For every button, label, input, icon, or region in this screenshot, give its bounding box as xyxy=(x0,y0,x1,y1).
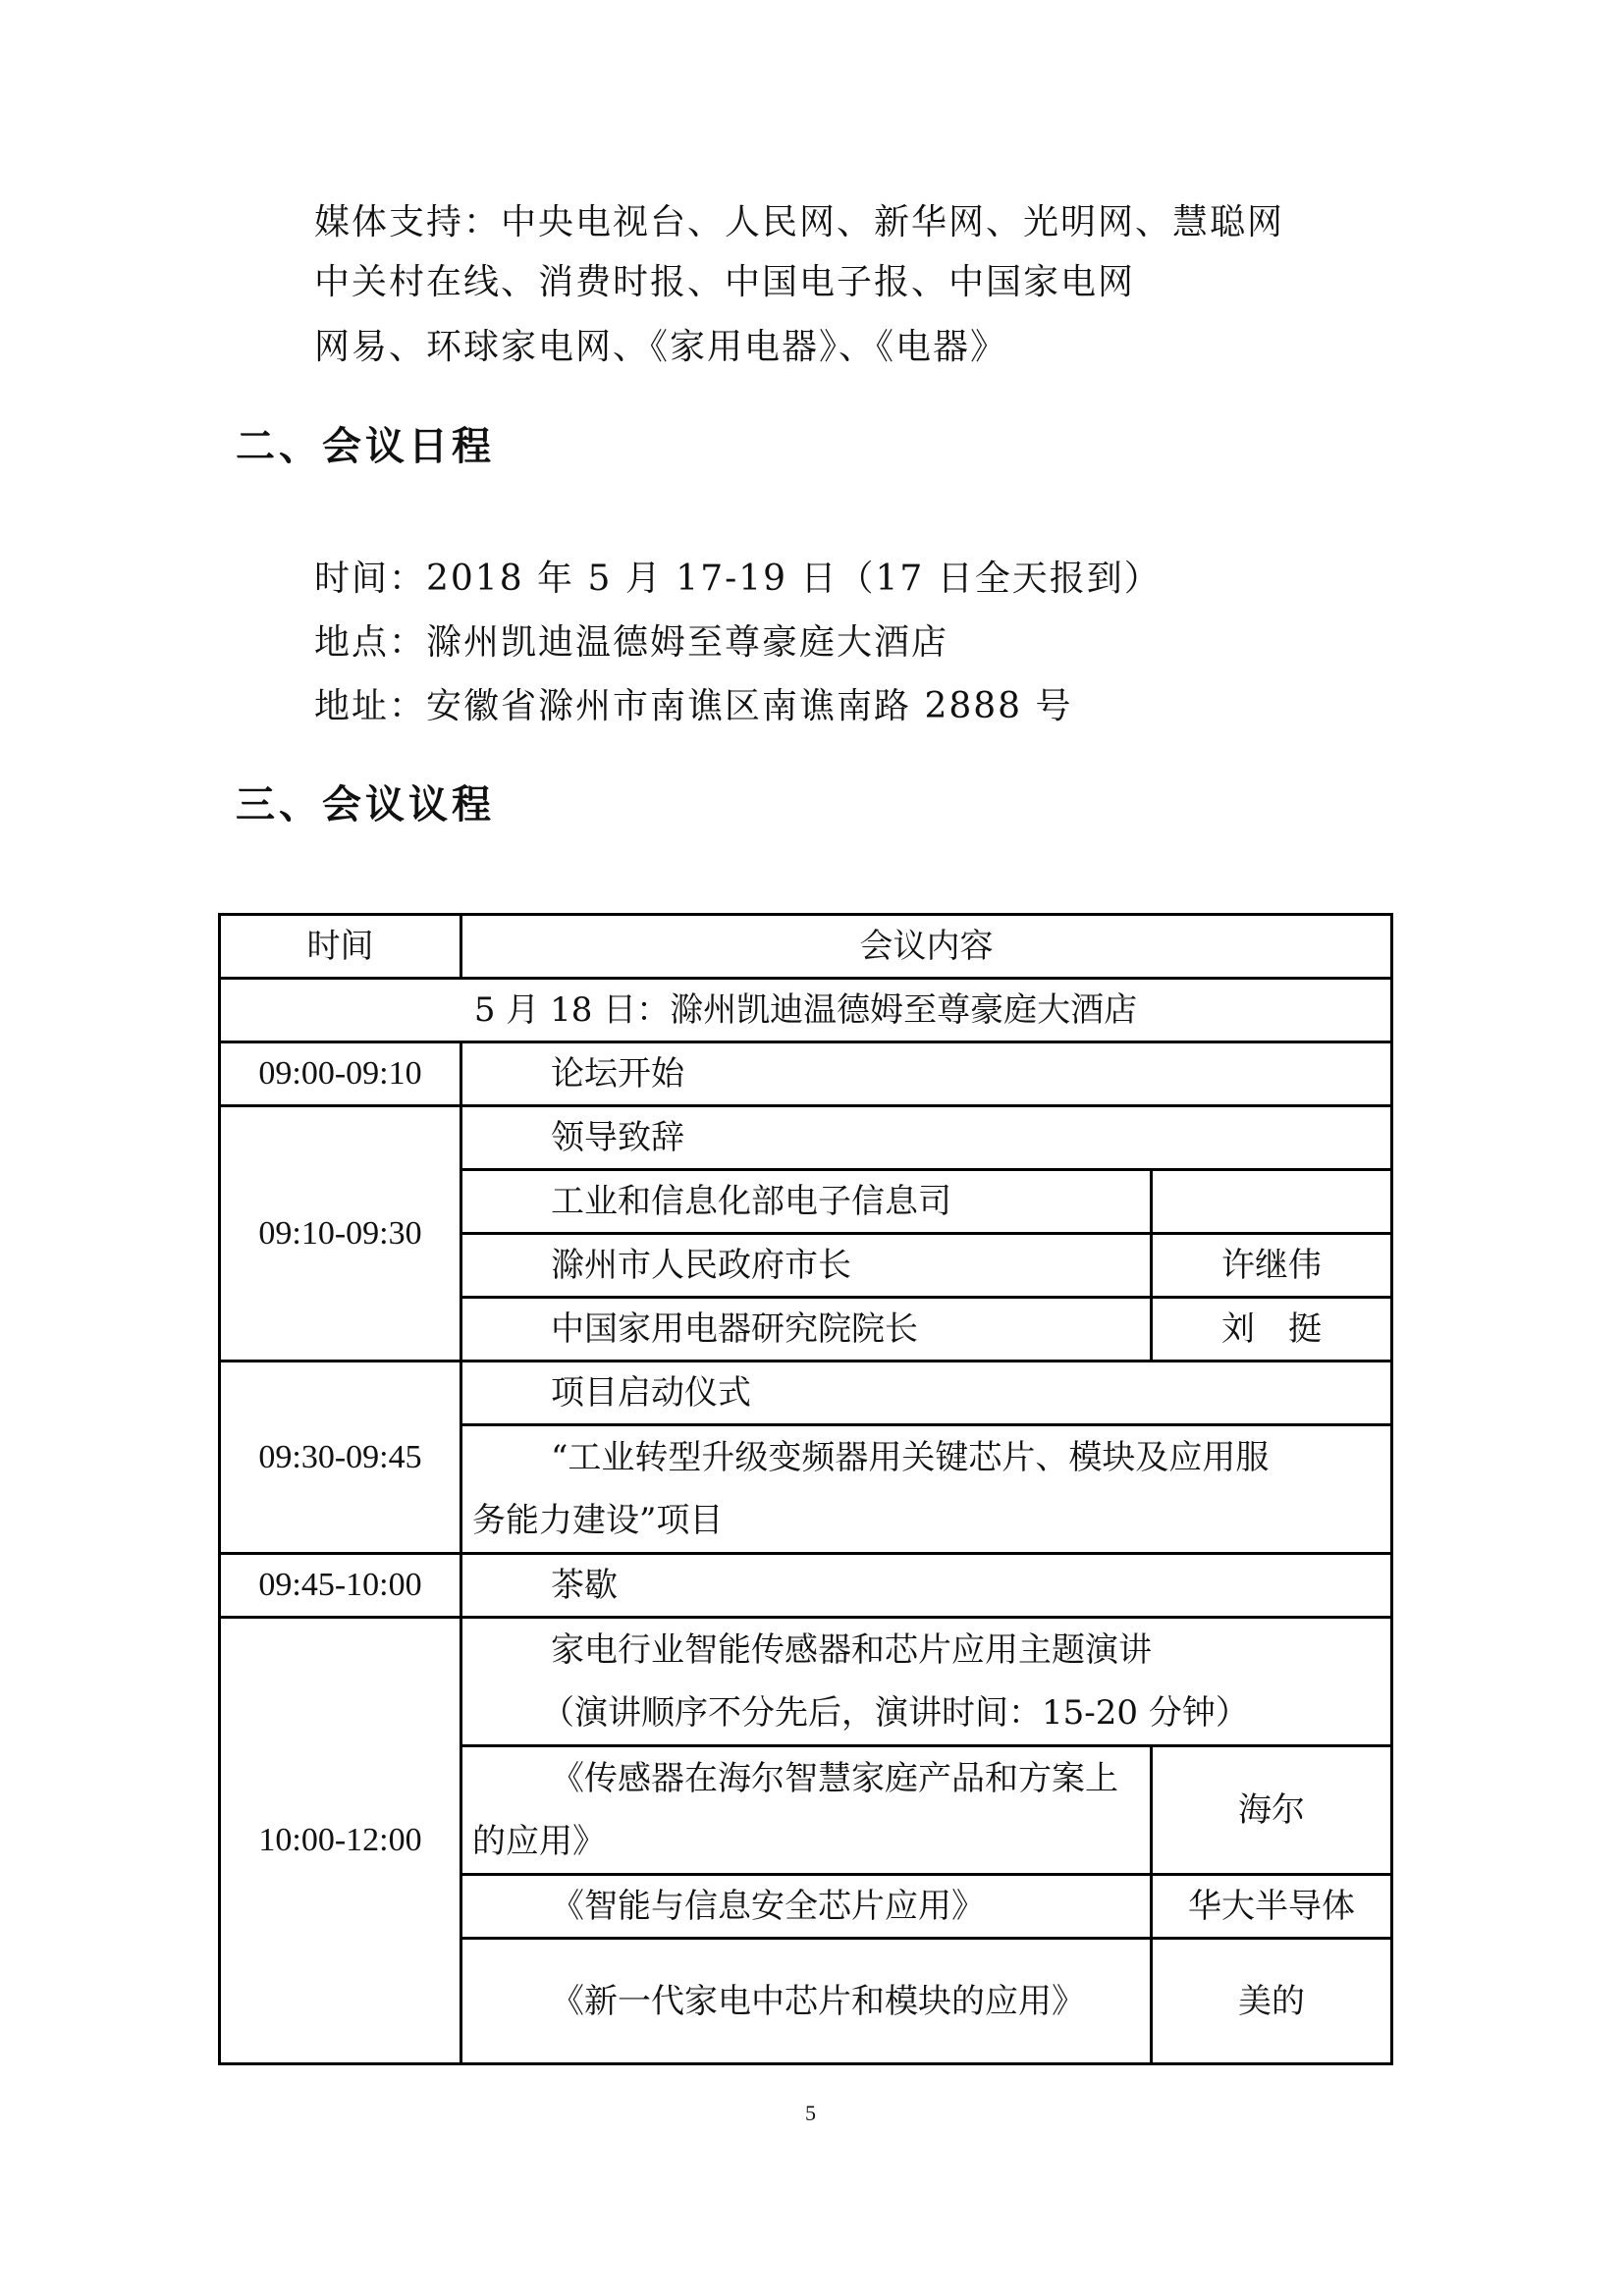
subrow-content: “工业转型升级变频器用关键芯片、模块及应用服务能力建设”项目 xyxy=(461,1425,1392,1554)
section-heading-agenda: 三、会议议程 xyxy=(236,780,495,829)
section-heading-schedule: 二、会议日程 xyxy=(236,422,495,471)
keynote-title: 家电行业智能传感器和芯片应用主题演讲 xyxy=(551,1619,1390,1682)
subrow-speaker: 美的 xyxy=(1152,1939,1392,2064)
day-row: 5 月 18 日：滁州凯迪温德姆至尊豪庭大酒店 xyxy=(220,979,1392,1042)
schedule-address: 地址：安徽省滁州市南谯区南谯南路 2888 号 xyxy=(314,685,1073,728)
subrow-content: 滁州市人民政府市长 xyxy=(461,1234,1152,1298)
table-row: 09:10-09:30 领导致辞 xyxy=(220,1106,1392,1170)
subrow-speaker: 刘 挺 xyxy=(1152,1298,1392,1362)
agenda-table: 时间 会议内容 5 月 18 日：滁州凯迪温德姆至尊豪庭大酒店 09:00-09… xyxy=(218,913,1393,2065)
subrow-content: 工业和信息化部电子信息司 xyxy=(461,1170,1152,1234)
row-time: 09:00-09:10 xyxy=(220,1042,461,1106)
row-time: 09:45-10:00 xyxy=(220,1554,461,1618)
row-content: 项目启动仪式 xyxy=(461,1362,1392,1425)
row-content: 论坛开始 xyxy=(461,1042,1392,1106)
subrow-speaker: 华大半导体 xyxy=(1152,1875,1392,1939)
keynote-note: （演讲顺序不分先后，演讲时间：15-20 分钟） xyxy=(541,1682,1390,1744)
subrow-content: 《传感器在海尔智慧家庭产品和方案上的应用》 xyxy=(461,1746,1152,1875)
subrow-content: 《新一代家电中芯片和模块的应用》 xyxy=(461,1939,1152,2064)
table-row: 09:00-09:10 论坛开始 xyxy=(220,1042,1392,1106)
media-line-1: 媒体支持：中央电视台、人民网、新华网、光明网、慧聪网 xyxy=(314,201,1284,244)
schedule-place: 地点：滁州凯迪温德姆至尊豪庭大酒店 xyxy=(314,621,948,665)
row-content: 茶歇 xyxy=(461,1554,1392,1618)
table-row: 10:00-12:00 家电行业智能传感器和芯片应用主题演讲 （演讲顺序不分先后… xyxy=(220,1618,1392,1746)
table-row: 09:30-09:45 项目启动仪式 xyxy=(220,1362,1392,1425)
subrow-speaker: 海尔 xyxy=(1152,1746,1392,1875)
table-row: 09:45-10:00 茶歇 xyxy=(220,1554,1392,1618)
header-time: 时间 xyxy=(220,915,461,979)
table-header-row: 时间 会议内容 xyxy=(220,915,1392,979)
row-content: 领导致辞 xyxy=(461,1106,1392,1170)
subrow-content: 《智能与信息安全芯片应用》 xyxy=(461,1875,1152,1939)
header-content: 会议内容 xyxy=(461,915,1392,979)
subrow-content: 中国家用电器研究院院长 xyxy=(461,1298,1152,1362)
row-time: 09:10-09:30 xyxy=(220,1106,461,1362)
subrow-speaker xyxy=(1152,1170,1392,1234)
media-line-3: 网易、环球家电网、《家用电器》、《电器》 xyxy=(314,326,1007,369)
row-time: 09:30-09:45 xyxy=(220,1362,461,1554)
subrow-speaker: 许继伟 xyxy=(1152,1234,1392,1298)
page-number: 5 xyxy=(805,2101,816,2126)
media-line-2: 中关村在线、消费时报、中国电子报、中国家电网 xyxy=(314,261,1135,304)
row-content: 家电行业智能传感器和芯片应用主题演讲 （演讲顺序不分先后，演讲时间：15-20 … xyxy=(461,1618,1392,1746)
day-title: 5 月 18 日：滁州凯迪温德姆至尊豪庭大酒店 xyxy=(220,979,1392,1042)
row-time: 10:00-12:00 xyxy=(220,1618,461,2064)
schedule-time: 时间：2018 年 5 月 17-19 日（17 日全天报到） xyxy=(314,558,1162,601)
